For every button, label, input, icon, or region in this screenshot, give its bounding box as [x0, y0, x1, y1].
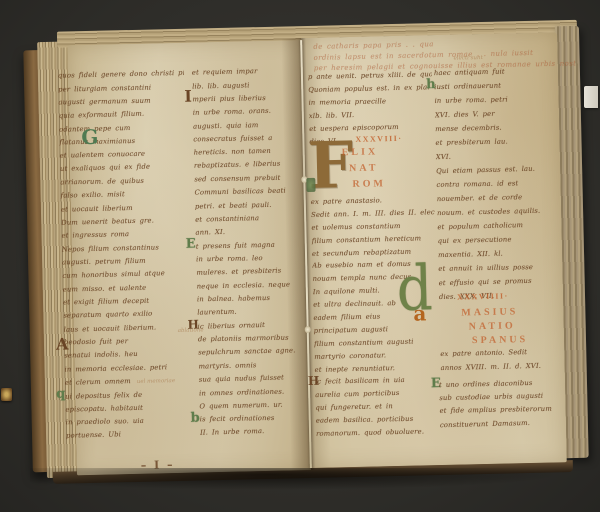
text-line: ROM — [352, 176, 422, 193]
chapter-number-damasus: XXXVIIII· — [457, 291, 509, 301]
clasp-fitting — [1, 388, 12, 401]
text-line: romanorum. quod obuoluere. — [316, 425, 440, 441]
damasus-rubric-name: MASIUSNATIOSPANUS — [461, 304, 558, 350]
decorated-initial-q: q — [56, 388, 65, 401]
text-line: ELIX — [342, 143, 422, 161]
floor-shadow — [30, 468, 560, 490]
text-line: II. In urbe roma. — [200, 424, 306, 440]
initial-da-inner-letter: a — [413, 303, 426, 323]
bookmark-tab — [584, 86, 598, 108]
decorated-initial-h-right: H — [308, 375, 320, 387]
interlinear-gloss: uel memoriae — [137, 379, 175, 385]
left-page-column-2: et requiem imparlib. lib. augustimperii … — [192, 64, 307, 448]
initial-f-green-accent — [306, 177, 315, 191]
text-line: annos XVIII. m. II. d. XVI. — [440, 358, 558, 375]
text-line: portuense. Ubi — [66, 427, 192, 444]
text-line: NAT — [349, 159, 422, 177]
decorated-initial-a: A — [56, 336, 69, 352]
right-page-column-2-mid: ex patre antonio. Seditannos XVIII. m. I… — [440, 344, 559, 377]
left-page-column-1: quos fideli genere dono christi piiper l… — [58, 67, 193, 452]
decorated-initial-b: b — [191, 412, 200, 425]
interlinear-gloss-right: electi sunt — [454, 56, 483, 62]
decorated-initial-i: I — [184, 89, 192, 105]
decorated-initial-h-green: h — [426, 78, 436, 91]
felix-rubric-name: ELIXNATROM — [342, 143, 423, 197]
decorated-initial-da: d a — [394, 263, 454, 344]
decorated-initial-h: H — [187, 319, 199, 331]
manuscript-book: quos fideli genere dono christi piiper l… — [23, 20, 595, 489]
sewing-knot — [305, 326, 311, 333]
text-line: constituerunt Damasum. — [440, 416, 562, 432]
decorated-initial-e: E — [186, 238, 196, 251]
chapter-number-felix: XXXVIII· — [355, 134, 402, 144]
right-page-column-2-bottom: t uno ordines diaconibussub custodiae ur… — [439, 376, 562, 435]
decorated-initial-g: G — [81, 127, 99, 147]
